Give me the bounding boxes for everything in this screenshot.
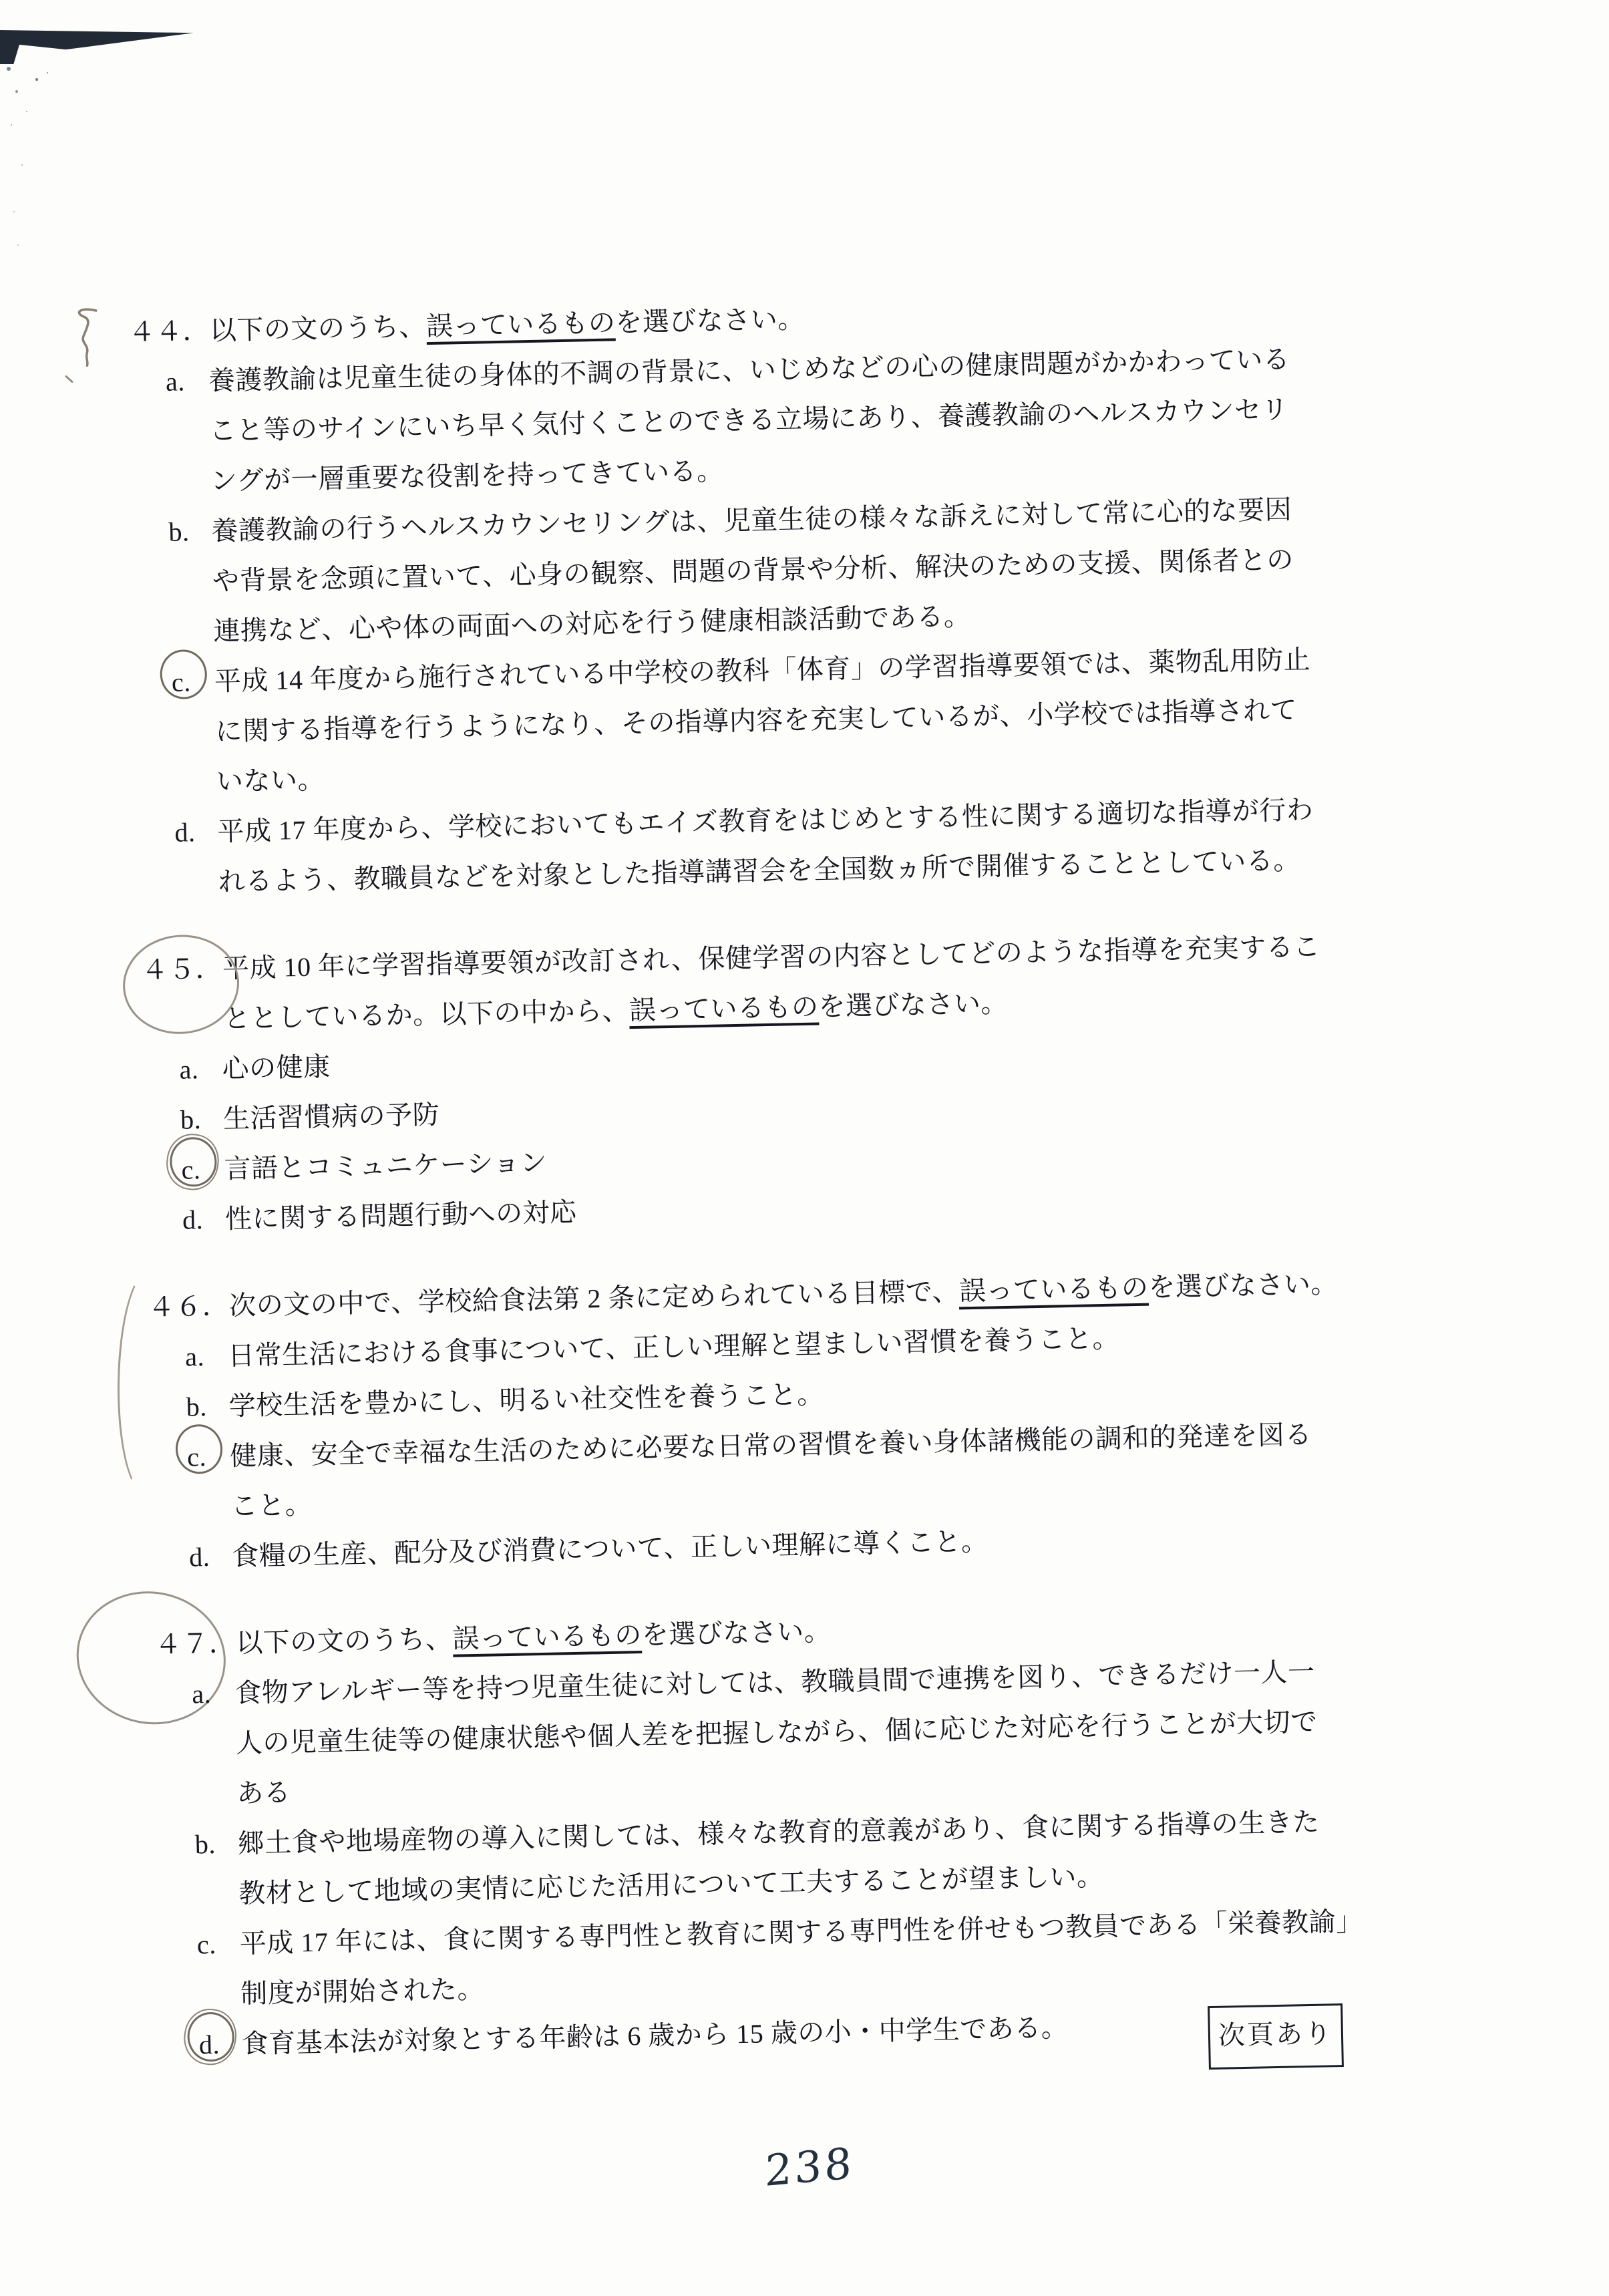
- next-page-stamp: 次頁あり: [1208, 2003, 1344, 2070]
- question-44-number-wrap: ４４．: [128, 306, 210, 357]
- prompt-text: を選びなさい。: [641, 1616, 831, 1650]
- option-text: 食物アレルギー等を持つ児童生徒に対しては、教職員間で連携を図り、できるだけ一人一…: [234, 1643, 1474, 1818]
- question-47: ４７． 以下の文のうち、誤っているものを選びなさい。 a. 食物アレルギー等を持…: [154, 1593, 1479, 2070]
- option-a: a. 養護教諭は児童生徒の身体的不調の背景に、いじめなどの心の健康問題がかかわっ…: [129, 331, 1447, 507]
- option-label: a.: [179, 1054, 199, 1085]
- exam-content: ４４． 以下の文のうち、誤っているものを選びなさい。 a. 養護教諭は児童生徒の…: [128, 281, 1479, 2070]
- option-a: a. 食物アレルギー等を持つ児童生徒に対しては、教職員間で連携を図り、できるだけ…: [156, 1643, 1474, 1820]
- option-text: 平成 14 年度から施行されている中学校の教科「体育」の学習指導要領では、薬物乱…: [214, 631, 1453, 806]
- option-label: a.: [166, 366, 186, 397]
- option-label: d.: [182, 1204, 204, 1235]
- page-number-handwritten: 238: [765, 2139, 855, 2196]
- option-label: b.: [168, 516, 190, 547]
- question-number: ４４．: [128, 316, 210, 347]
- question-number: ４５．: [141, 953, 222, 985]
- option-label: b.: [186, 1391, 207, 1422]
- question-46-number-wrap: ４６．: [148, 1281, 230, 1332]
- option-b: b. 養護教諭の行うヘルスカウンセリングは、児童生徒の様々な訴えに対して常に心的…: [132, 481, 1451, 657]
- option-label: a.: [185, 1341, 205, 1372]
- option-label: c.: [181, 1154, 201, 1185]
- option-label: d.: [198, 2029, 220, 2060]
- option-label: b.: [194, 1829, 216, 1860]
- prompt-text: を選びなさい。: [615, 304, 805, 338]
- option-c: c. 平成 14 年度から施行されている中学校の教科「体育」の学習指導要領では、…: [135, 631, 1453, 808]
- prompt-underlined-text: 誤っているもの: [958, 1273, 1148, 1310]
- prompt-underlined-text: 誤っているもの: [629, 992, 819, 1029]
- question-number: ４６．: [148, 1291, 229, 1322]
- option-text: 養護教諭の行うヘルスカウンセリングは、児童生徒の様々な訴えに対して常に心的な要因…: [211, 481, 1451, 656]
- question-number: ４７．: [154, 1628, 236, 1659]
- prompt-text: 以下の文のうち、: [236, 1624, 453, 1658]
- option-label: c.: [196, 1929, 216, 1960]
- question-45: ４５． 平成 10 年に学習指導要領が改訂され、保健学習の内容としてどのような指…: [141, 919, 1463, 1245]
- prompt-text: 以下の文のうち、: [209, 311, 426, 345]
- scan-noise-speckles: [7, 67, 11, 71]
- prompt-text: を選びなさい。: [818, 988, 1008, 1022]
- option-text: 養護教諭は児童生徒の身体的不調の背景に、いじめなどの心の健康問題がかかわっている…: [208, 331, 1447, 506]
- prompt-text: 次の文の中で、学校給食法第 2 条に定められている目標で、: [229, 1276, 960, 1321]
- option-label: d.: [189, 1542, 210, 1573]
- option-label: d.: [174, 817, 196, 848]
- question-46-options: a. 日常生活における食事について、正しい理解と望ましい習慣を養うこと。 b. …: [149, 1306, 1469, 1583]
- option-label: c.: [172, 667, 192, 697]
- option-label: a.: [192, 1679, 212, 1709]
- option-label: b.: [180, 1104, 202, 1135]
- prompt-text: を選びなさい。: [1148, 1269, 1338, 1303]
- scanned-exam-page: ４４． 以下の文のうち、誤っているものを選びなさい。 a. 養護教諭は児童生徒の…: [0, 0, 1609, 2296]
- question-44: ４４． 以下の文のうち、誤っているものを選びなさい。 a. 養護教諭は児童生徒の…: [128, 281, 1456, 908]
- prompt-underlined-text: 誤っているもの: [425, 307, 615, 345]
- question-45-options: a. 心の健康 b. 生活習慣病の予防 c. 言語とコミュニケーション d. 性…: [143, 1019, 1463, 1245]
- scan-corner-artifact: [0, 29, 194, 64]
- option-label: c.: [187, 1442, 207, 1472]
- pencil-stray-mark: [65, 375, 73, 383]
- prompt-underlined-text: 誤っているもの: [452, 1620, 642, 1657]
- question-44-options: a. 養護教諭は児童生徒の身体的不調の背景に、いじめなどの心の健康問題がかかわっ…: [129, 331, 1455, 908]
- question-45-number-wrap: ４５．: [141, 943, 223, 995]
- pencil-squiggle-mark: [67, 305, 107, 370]
- question-46: ４６． 次の文の中で、学校給食法第 2 条に定められている目標で、誤っているもの…: [148, 1256, 1469, 1583]
- question-47-number-wrap: ４７．: [154, 1618, 236, 1669]
